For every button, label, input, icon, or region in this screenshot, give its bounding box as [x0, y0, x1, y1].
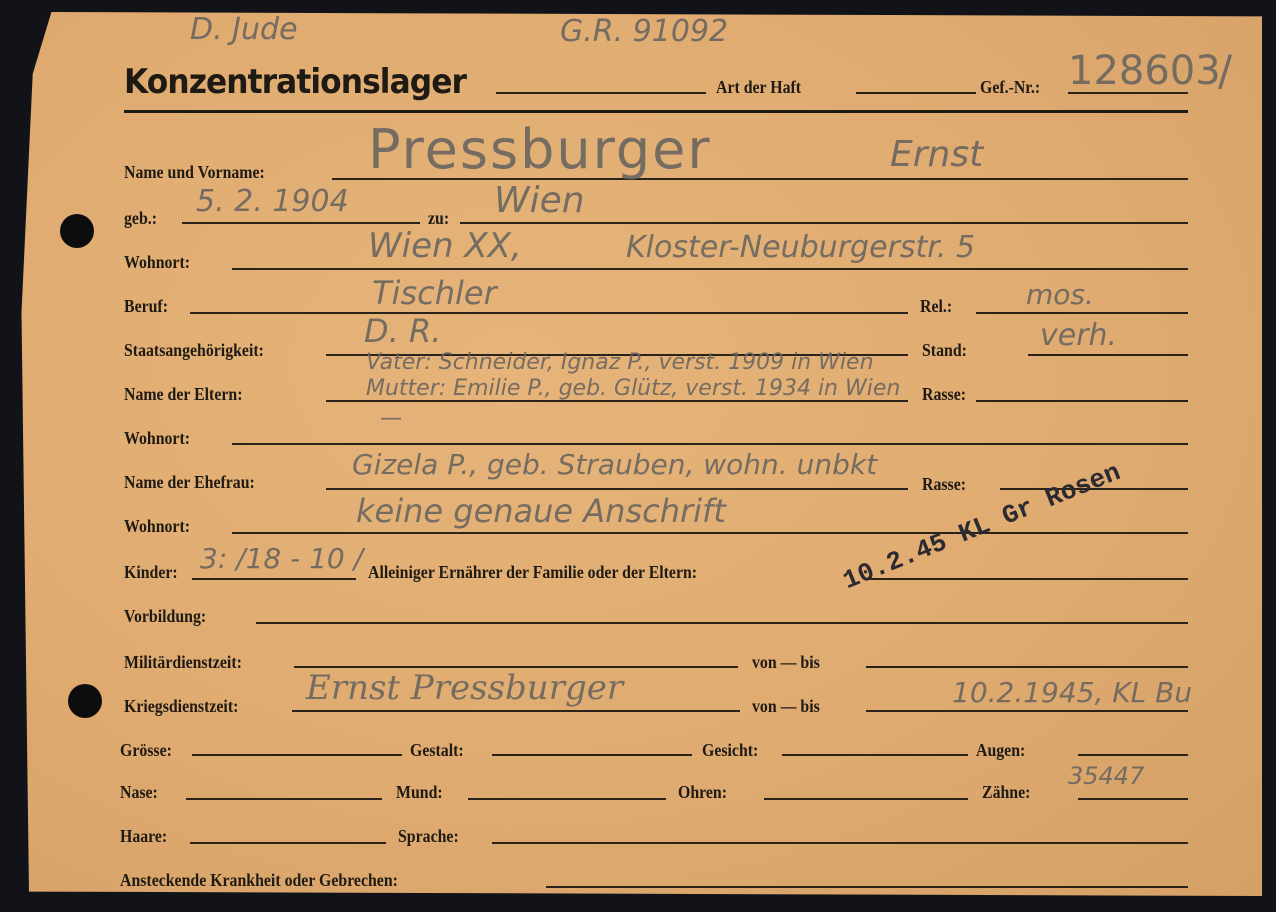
zu-line	[460, 222, 1188, 224]
beruf-label: Beruf:	[124, 296, 168, 317]
annotation-jude: D. Jude	[190, 12, 298, 47]
augen-label: Augen:	[976, 740, 1025, 761]
zaehne-annotation: 35447	[1068, 762, 1144, 790]
ohren-label: Ohren:	[678, 782, 727, 803]
mund-line	[468, 798, 666, 800]
rel-label: Rel.:	[920, 296, 952, 317]
kinder-line	[192, 578, 356, 580]
mother-value: Mutter: Emilie P., geb. Glütz, verst. 19…	[366, 376, 900, 401]
sprache-label: Sprache:	[398, 826, 459, 847]
marital-status-value: verh.	[1040, 318, 1117, 353]
sprache-line	[492, 842, 1188, 844]
wife-residence-value: keine genaue Anschrift	[356, 492, 726, 530]
groesse-label: Grösse:	[120, 740, 172, 761]
stand-line	[1028, 354, 1188, 356]
kinder-label: Kinder:	[124, 562, 178, 583]
form-title: Konzentrationslager	[124, 62, 466, 102]
birth-place-value: Wien	[494, 180, 585, 221]
ehefrau-wohnort-label: Wohnort:	[124, 516, 190, 537]
eltern-wohnort-line	[232, 443, 1188, 445]
vorbildung-label: Vorbildung:	[124, 606, 206, 627]
wohnort-label: Wohnort:	[124, 252, 190, 273]
nase-label: Nase:	[120, 782, 158, 803]
gef-nr-value: 128603	[1068, 48, 1221, 94]
occupation-value: Tischler	[372, 274, 497, 312]
krieg-line	[292, 710, 740, 712]
ernaehrer-label: Alleiniger Ernährer der Familie oder der…	[368, 562, 697, 583]
nase-line	[186, 798, 382, 800]
punch-hole	[60, 214, 94, 248]
zaehne-line	[1078, 798, 1188, 800]
militaer-vonbis-label: von — bis	[752, 652, 820, 673]
rasse-label: Rasse:	[922, 384, 966, 405]
geb-line	[182, 222, 420, 224]
firstname-value: Ernst	[890, 134, 983, 175]
gestalt-line	[492, 754, 692, 756]
ehefrau-label: Name der Ehefrau:	[124, 472, 255, 493]
title-line	[496, 92, 706, 94]
krankheit-line	[546, 886, 1188, 888]
release-date-value: 10.2.1945, KL Bu	[952, 676, 1192, 709]
staatsangehoerigkeit-label: Staatsangehörigkeit:	[124, 340, 264, 361]
residence-city-value: Wien XX,	[368, 226, 522, 266]
stand-label: Stand:	[922, 340, 967, 361]
gef-nr-mark: /	[1218, 46, 1232, 95]
militaer-vonbis-line	[866, 666, 1188, 668]
krankheit-label: Ansteckende Krankheit oder Gebrechen:	[120, 870, 398, 891]
ohren-line	[764, 798, 968, 800]
beruf-line	[190, 312, 908, 314]
birth-date-value: 5. 2. 1904	[196, 184, 349, 219]
krieg-vonbis-line	[866, 710, 1188, 712]
rasse-line	[976, 400, 1188, 402]
citizenship-value: D. R.	[364, 312, 441, 350]
ehefrau-line	[326, 488, 908, 490]
header-rule	[124, 110, 1188, 113]
father-value: Vater: Schneider, Ignaz P., verst. 1909 …	[366, 350, 874, 375]
augen-line	[1078, 754, 1188, 756]
name-label: Name und Vorname:	[124, 162, 265, 183]
eltern-label: Name der Eltern:	[124, 384, 242, 405]
eltern-wohnort-label: Wohnort:	[124, 428, 190, 449]
groesse-line	[192, 754, 402, 756]
vorbildung-line	[256, 622, 1188, 624]
haare-line	[190, 842, 386, 844]
geb-label: geb.:	[124, 208, 157, 229]
annotation-gr-number: G.R. 91092	[560, 14, 728, 49]
parents-residence-value: —	[380, 406, 402, 431]
wohnort-line	[232, 268, 1188, 270]
ernaehrer-line	[868, 578, 1188, 580]
art-der-haft-label: Art der Haft	[716, 77, 801, 98]
gestalt-label: Gestalt:	[410, 740, 464, 761]
haare-label: Haare:	[120, 826, 167, 847]
ehefrau-wohnort-line	[232, 532, 1188, 534]
religion-value: mos.	[1026, 278, 1094, 311]
gesicht-line	[782, 754, 968, 756]
rel-line	[976, 312, 1188, 314]
gef-nr-label: Gef.-Nr.:	[980, 77, 1040, 98]
ehefrau-rasse-label: Rasse:	[922, 474, 966, 495]
gesicht-label: Gesicht:	[702, 740, 758, 761]
krieg-vonbis-label: von — bis	[752, 696, 820, 717]
mund-label: Mund:	[396, 782, 443, 803]
art-der-haft-line	[856, 92, 976, 94]
punch-hole	[68, 684, 102, 718]
signature: Ernst Pressburger	[306, 668, 623, 708]
surname-value: Pressburger	[368, 118, 712, 181]
residence-street-value: Kloster-Neuburgerstr. 5	[626, 230, 975, 265]
wife-value: Gizela P., geb. Strauben, wohn. unbkt	[352, 448, 877, 481]
zaehne-label: Zähne:	[982, 782, 1030, 803]
militaerdienstzeit-label: Militärdienstzeit:	[124, 652, 242, 673]
kriegsdienstzeit-label: Kriegsdienstzeit:	[124, 696, 238, 717]
children-value: 3: /18 - 10 /	[200, 542, 363, 575]
